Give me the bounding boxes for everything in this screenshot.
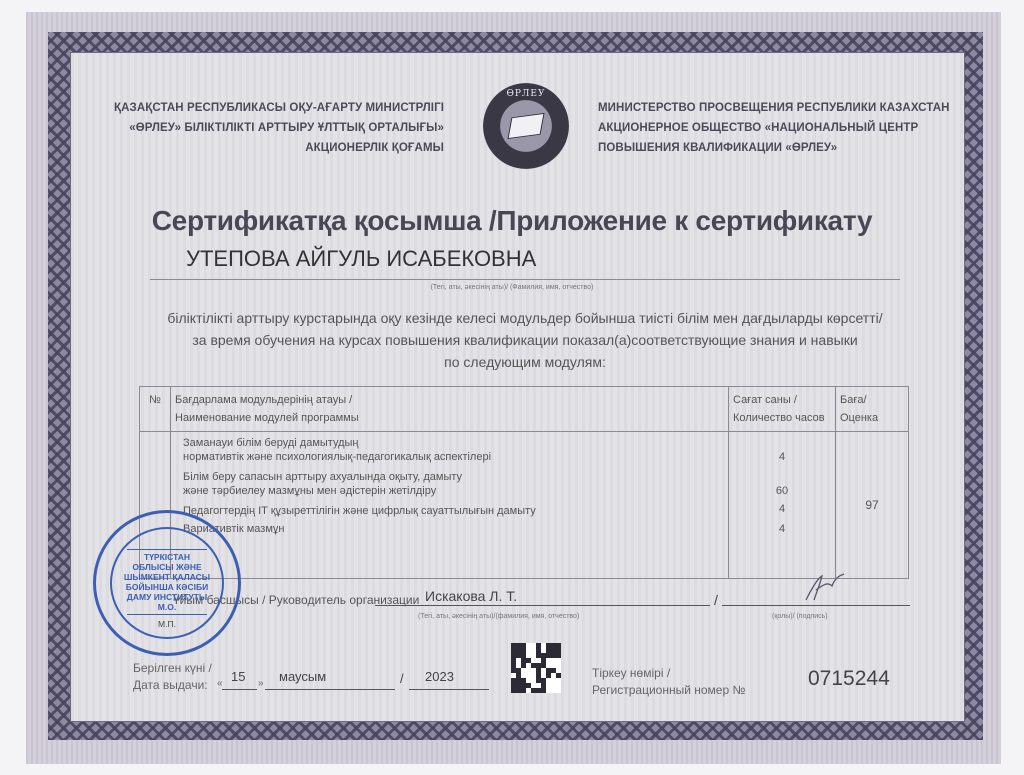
signature-line — [722, 605, 910, 606]
label-text: Берілген күні / — [133, 660, 212, 677]
hours-value: 60 — [729, 484, 835, 498]
stamp-text: ТҮРКІСТАН ОБЛЫСЫ ЖӘНЕ ШЫМКЕНТ ҚАЛАСЫ БОЙ… — [96, 547, 238, 629]
hours-value: 4 — [729, 450, 835, 464]
module-text: Педагогтердің IT құзыреттілігін және циф… — [183, 504, 728, 518]
header-text: Количество часов — [733, 409, 831, 427]
header-text: Сағат саны / — [733, 391, 831, 409]
document-title: Сертификатқа қосымша /Приложение к серти… — [0, 205, 1024, 237]
header-text: Наименование модулей программы — [175, 409, 724, 427]
issue-date-label: Берілген күні / Дата выдачи: — [133, 660, 212, 694]
header-grade: Баға/ Оценка — [836, 387, 909, 432]
stamp-divider — [127, 614, 207, 615]
table-header-row: № Бағдарлама модульдерінің атауы / Наиме… — [140, 387, 909, 432]
orleu-logo: ӨРЛЕУ — [483, 83, 569, 169]
module-names-cell: Заманауи білім беруді дамытудың норматив… — [171, 432, 729, 579]
issue-year: 2023 — [425, 669, 454, 684]
official-stamp: ТҮРКІСТАН ОБЛЫСЫ ЖӘНЕ ШЫМКЕНТ ҚАЛАСЫ БОЙ… — [93, 510, 241, 656]
header-left-line: «ӨРЛЕУ» БІЛІКТІЛІКТІ АРТТЫРУ ҰЛТТЫҚ ОРТА… — [84, 118, 444, 138]
header-right-line: АКЦИОНЕРНОЕ ОБЩЕСТВО «НАЦИОНАЛЬНЫЙ ЦЕНТР — [598, 118, 958, 138]
header-left-line: АКЦИОНЕРЛІК ҚОҒАМЫ — [84, 138, 444, 158]
issue-day: 15 — [231, 669, 245, 684]
module-text: нормативтік және психологиялық-педагогик… — [183, 450, 728, 464]
label-text: Дата выдачи: — [133, 677, 212, 694]
month-line — [265, 689, 395, 690]
stamp-line: ДАМУ ИНСТИТУТЫ — [96, 592, 238, 602]
recipient-name: УТЕПОВА АЙГУЛЬ ИСАБЕКОВНА — [186, 246, 536, 272]
module-text: Заманауи білім беруді дамытудың — [183, 436, 728, 450]
module-text: Вариативтік мазмұн — [183, 522, 728, 536]
stamp-divider — [127, 549, 207, 550]
label-text: Тіркеу нөмірі / — [592, 665, 745, 682]
qr-code-icon — [511, 643, 561, 693]
header-module-name: Бағдарлама модульдерінің атауы / Наимено… — [171, 387, 729, 432]
signature-name-line — [375, 605, 710, 606]
signature-caption: (қолы)/ (подпись) — [772, 613, 828, 620]
header-text: Оценка — [840, 409, 904, 427]
header-kazakh: ҚАЗАҚСТАН РЕСПУБЛИКАСЫ ОҚУ-АҒАРТУ МИНИСТ… — [84, 98, 444, 158]
intro-line: за время обучения на курсах повышения кв… — [150, 329, 900, 351]
modules-table: № Бағдарлама модульдерінің атауы / Наиме… — [139, 386, 909, 579]
header-hours: Сағат саны / Количество часов — [729, 387, 836, 432]
logo-text: ӨРЛЕУ — [483, 89, 569, 99]
name-caption: (Тегі, аты, әкесінің аты)/(фамилия, имя,… — [418, 613, 579, 620]
registration-number: 0715244 — [808, 667, 890, 691]
module-item: Педагогтердің IT құзыреттілігін және циф… — [183, 504, 728, 518]
registration-label: Тіркеу нөмірі / Регистрационный номер № — [592, 665, 745, 699]
hours-cell: 4 60 4 4 — [729, 432, 836, 579]
separator-slash: / — [400, 671, 404, 686]
director-name: Искакова Л. Т. — [425, 588, 517, 604]
day-line — [222, 689, 257, 690]
stamp-line: М.О. — [96, 602, 238, 612]
hours-value: 4 — [729, 502, 835, 516]
stamp-line: ОБЛЫСЫ ЖӘНЕ — [96, 562, 238, 572]
quote-mark: » — [258, 678, 264, 689]
open-book-icon — [507, 113, 544, 139]
header-number: № — [140, 387, 171, 432]
name-underline — [150, 279, 900, 280]
stamp-line: ШЫМКЕНТ ҚАЛАСЫ — [96, 572, 238, 582]
label-text: Регистрационный номер № — [592, 682, 745, 699]
module-text: Білім беру сапасын арттыру ахуалында оқы… — [183, 470, 728, 484]
header-text: Баға/ — [840, 391, 904, 409]
intro-line: біліктілікті арттыру курстарында оқу кез… — [150, 307, 900, 329]
stamp-line: БОЙЫНША КӘСІБИ — [96, 582, 238, 592]
header-left-line: ҚАЗАҚСТАН РЕСПУБЛИКАСЫ ОҚУ-АҒАРТУ МИНИСТ… — [84, 98, 444, 118]
handwritten-signature — [798, 572, 858, 602]
module-item: Білім беру сапасын арттыру ахуалында оқы… — [183, 470, 728, 498]
module-item: Заманауи білім беруді дамытудың норматив… — [183, 436, 728, 464]
header-russian: МИНИСТЕРСТВО ПРОСВЕЩЕНИЯ РЕСПУБЛИКИ КАЗА… — [598, 98, 958, 158]
name-caption: (Тегі, аты, әкесінің аты)/ (Фамилия, имя… — [0, 284, 1024, 291]
stamp-line: ТҮРКІСТАН — [96, 552, 238, 562]
grade-cell: 97 — [836, 432, 909, 579]
table-body-row: Заманауи білім беруді дамытудың норматив… — [140, 432, 909, 579]
header-text: Бағдарлама модульдерінің атауы / — [175, 391, 724, 409]
year-line — [409, 689, 489, 690]
issue-month: маусым — [279, 669, 326, 684]
quote-mark: « — [217, 678, 223, 689]
stamp-mp: М.П. — [96, 619, 238, 629]
intro-text: біліктілікті арттыру курстарында оқу кез… — [150, 307, 900, 373]
module-text: және тәрбиелеу мазмұны мен әдістерін жет… — [183, 484, 728, 498]
hours-value: 4 — [729, 522, 835, 536]
header-right-line: ПОВЫШЕНИЯ КВАЛИФИКАЦИИ «ӨРЛЕУ» — [598, 138, 958, 158]
header-right-line: МИНИСТЕРСТВО ПРОСВЕЩЕНИЯ РЕСПУБЛИКИ КАЗА… — [598, 98, 958, 118]
module-item: Вариативтік мазмұн — [183, 522, 728, 536]
intro-line: по следующим модулям: — [150, 351, 900, 373]
separator-slash: / — [714, 592, 718, 608]
